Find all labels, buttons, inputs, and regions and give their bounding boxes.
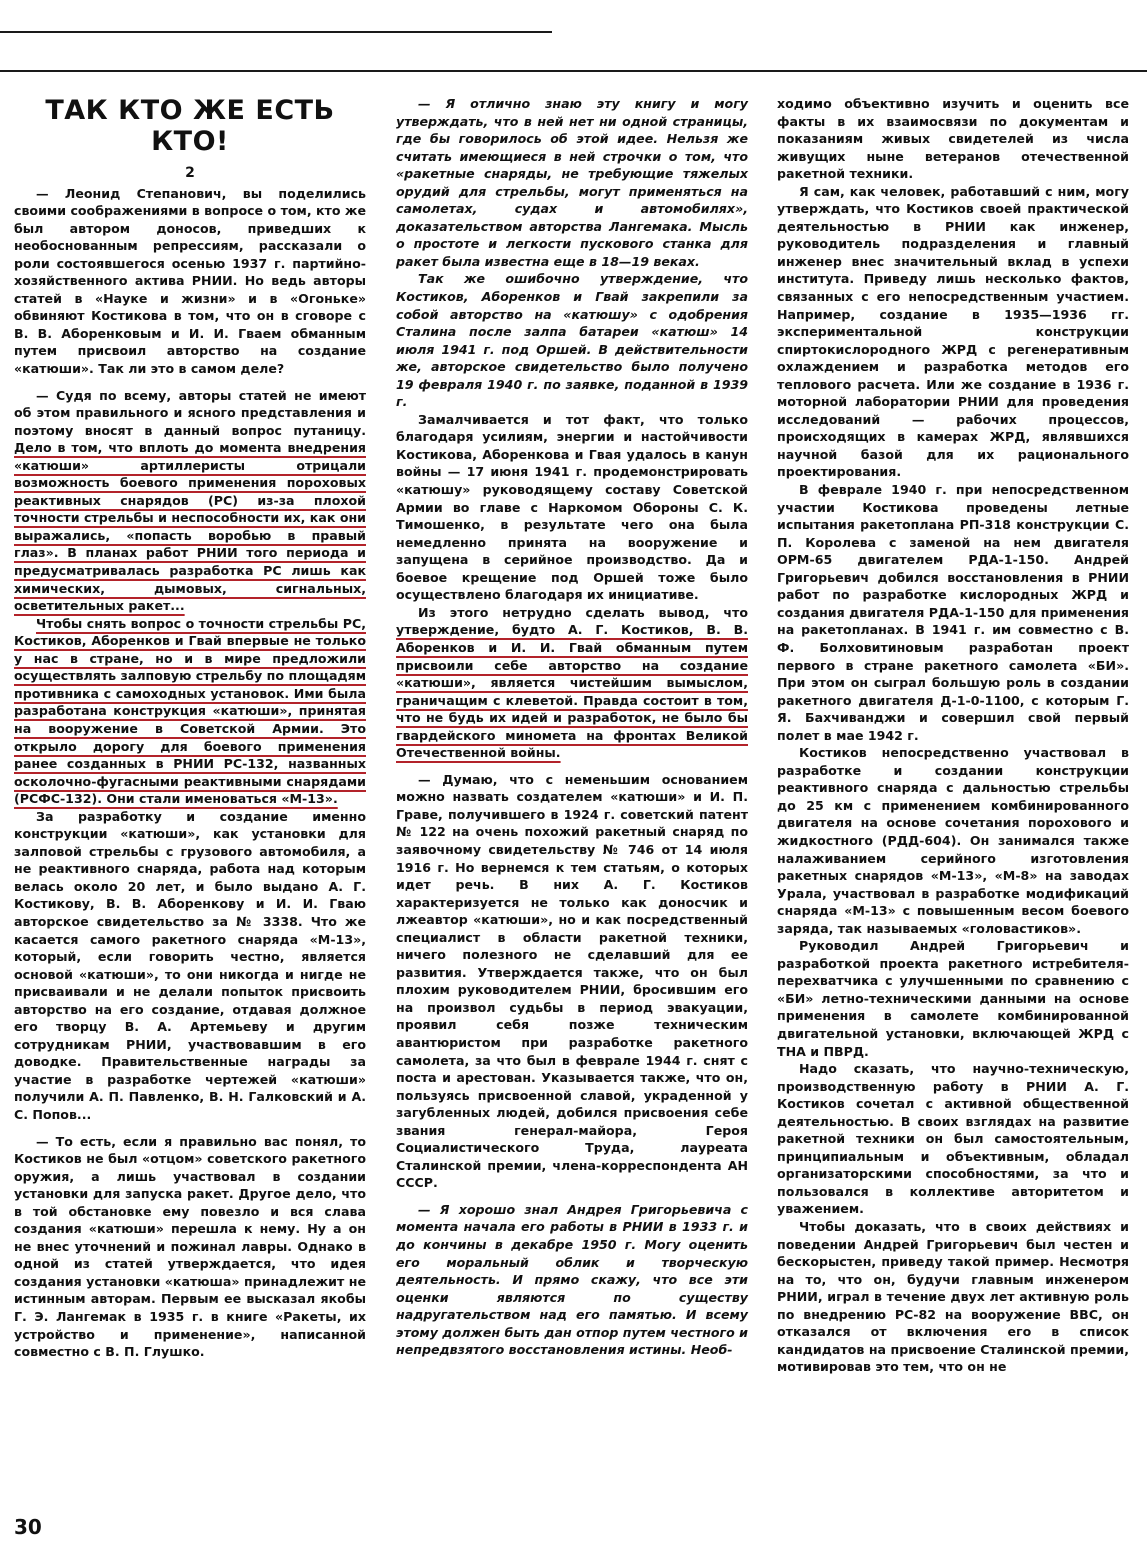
article-headline: ТАК КТО ЖЕ ЕСТЬ КТО! <box>14 95 366 157</box>
paragraph: Замалчивается и тот факт, что только бла… <box>396 411 748 604</box>
paragraph: — То есть, если я правильно вас понял, т… <box>14 1133 366 1361</box>
column-2: — Я отлично знаю эту книгу и могу утверж… <box>396 95 748 1359</box>
paragraph: Чтобы доказать, что в своих действиях и … <box>777 1218 1129 1376</box>
paragraph: Надо сказать, что научно-техническую, пр… <box>777 1060 1129 1218</box>
column-1: ТАК КТО ЖЕ ЕСТЬ КТО! 2 — Леонид Степанов… <box>14 95 366 1361</box>
paragraph: Костиков непосредственно участвовал в ра… <box>777 744 1129 937</box>
section-number: 2 <box>14 165 366 183</box>
top-rule <box>0 31 552 33</box>
paragraph-text: Из этого нетрудно сделать вывод, что <box>418 605 748 620</box>
column-3: ходимо объективно изучить и оценить все … <box>777 95 1129 1376</box>
paragraph: Чтобы снять вопрос о точности стрельбы Р… <box>14 615 366 808</box>
paragraph: В феврале 1940 г. при непосредственном у… <box>777 481 1129 744</box>
underlined-passage: Чтобы снять вопрос о точности стрельбы Р… <box>14 616 366 806</box>
paragraph-text: — Судя по всему, авторы статей не имеют … <box>14 388 366 438</box>
paragraph: — Я хорошо знал Андрея Григорьевича с мо… <box>396 1201 748 1359</box>
paragraph: — Судя по всему, авторы статей не имеют … <box>14 387 366 615</box>
paragraph: — Леонид Степанович, вы поделились своим… <box>14 185 366 378</box>
paragraph: Так же ошибочно утверждение, что Костико… <box>396 270 748 410</box>
header-rule <box>0 70 1147 72</box>
paragraph: Из этого нетрудно сделать вывод, что утв… <box>396 604 748 762</box>
paragraph: За разработку и создание именно конструк… <box>14 808 366 1124</box>
paragraph: Руководил Андрей Григорьевич и разработк… <box>777 937 1129 1060</box>
underlined-passage: утверждение, будто А. Г. Костиков, В. В.… <box>396 622 748 760</box>
page-number: 30 <box>14 1515 42 1539</box>
paragraph: Я сам, как человек, работавший с ним, мо… <box>777 183 1129 481</box>
headline-line-1: ТАК КТО ЖЕ ЕСТЬ <box>14 95 366 126</box>
headline-line-2: КТО! <box>14 126 366 157</box>
underlined-passage: Дело в том, что вплоть до момента внедре… <box>14 440 366 613</box>
paragraph: — Я отлично знаю эту книгу и могу утверж… <box>396 95 748 270</box>
paragraph: ходимо объективно изучить и оценить все … <box>777 95 1129 183</box>
paragraph: — Думаю, что с неменьшим основанием можн… <box>396 771 748 1192</box>
